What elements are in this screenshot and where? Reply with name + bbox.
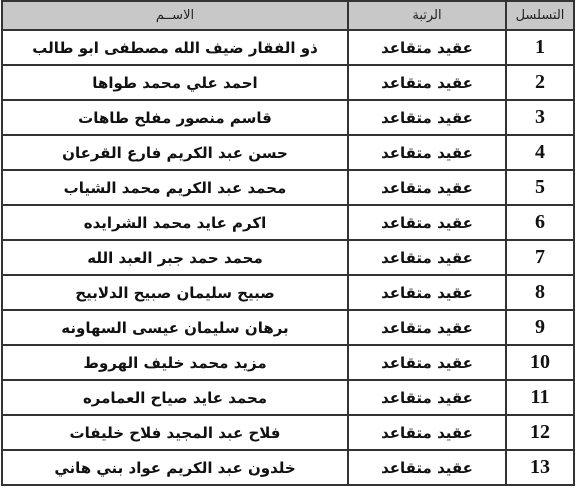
header-rank: الرتبة (348, 1, 506, 30)
header-serial: التسلسل (506, 1, 574, 30)
rank-cell: عقيد متقاعد (348, 275, 506, 310)
table-row: 8عقيد متقاعدصبيح سليمان صبيح الدلابيح (2, 275, 574, 310)
table-body: 1عقيد متقاعدذو الفقار ضيف الله مصطفى ابو… (2, 30, 574, 485)
name-cell: محمد عايد صياح العمامره (2, 380, 348, 415)
serial-cell: 5 (506, 170, 574, 205)
name-cell: حسن عبد الكريم فارع القرعان (2, 135, 348, 170)
name-cell: فلاح عبد المجيد فلاح خليفات (2, 415, 348, 450)
rank-cell: عقيد متقاعد (348, 240, 506, 275)
rank-cell: عقيد متقاعد (348, 345, 506, 380)
rank-cell: عقيد متقاعد (348, 170, 506, 205)
name-cell: محمد عبد الكريم محمد الشياب (2, 170, 348, 205)
header-name: الاســم (2, 1, 348, 30)
name-cell: مزيد محمد خليف الهروط (2, 345, 348, 380)
table-row: 2عقيد متقاعداحمد علي محمد طواها (2, 65, 574, 100)
name-cell: برهان سليمان عيسى السهاونه (2, 310, 348, 345)
rank-cell: عقيد متقاعد (348, 380, 506, 415)
rank-cell: عقيد متقاعد (348, 205, 506, 240)
table-row: 4عقيد متقاعدحسن عبد الكريم فارع القرعان (2, 135, 574, 170)
serial-cell: 9 (506, 310, 574, 345)
table-row: 13عقيد متقاعدخلدون عبد الكريم عواد بني ه… (2, 450, 574, 485)
table-row: 11عقيد متقاعدمحمد عايد صياح العمامره (2, 380, 574, 415)
table-row: 1عقيد متقاعدذو الفقار ضيف الله مصطفى ابو… (2, 30, 574, 65)
table-header-row: التسلسل الرتبة الاســم (2, 1, 574, 30)
rank-cell: عقيد متقاعد (348, 30, 506, 65)
serial-cell: 7 (506, 240, 574, 275)
rank-cell: عقيد متقاعد (348, 450, 506, 485)
table-row: 12عقيد متقاعدفلاح عبد المجيد فلاح خليفات (2, 415, 574, 450)
table-row: 6عقيد متقاعداكرم عايد محمد الشرايده (2, 205, 574, 240)
rank-cell: عقيد متقاعد (348, 310, 506, 345)
name-cell: محمد حمد جبر العبد الله (2, 240, 348, 275)
serial-cell: 2 (506, 65, 574, 100)
rank-cell: عقيد متقاعد (348, 135, 506, 170)
table-row: 10عقيد متقاعدمزيد محمد خليف الهروط (2, 345, 574, 380)
name-cell: قاسم منصور مفلح طاهات (2, 100, 348, 135)
serial-cell: 8 (506, 275, 574, 310)
table-row: 5عقيد متقاعدمحمد عبد الكريم محمد الشياب (2, 170, 574, 205)
serial-cell: 6 (506, 205, 574, 240)
name-cell: صبيح سليمان صبيح الدلابيح (2, 275, 348, 310)
name-cell: اكرم عايد محمد الشرايده (2, 205, 348, 240)
serial-cell: 11 (506, 380, 574, 415)
name-cell: خلدون عبد الكريم عواد بني هاني (2, 450, 348, 485)
table-row: 3عقيد متقاعدقاسم منصور مفلح طاهات (2, 100, 574, 135)
rank-cell: عقيد متقاعد (348, 100, 506, 135)
serial-cell: 1 (506, 30, 574, 65)
serial-cell: 12 (506, 415, 574, 450)
retired-officers-table: التسلسل الرتبة الاســم 1عقيد متقاعدذو ال… (1, 0, 575, 486)
serial-cell: 13 (506, 450, 574, 485)
name-cell: ذو الفقار ضيف الله مصطفى ابو طالب (2, 30, 348, 65)
table-row: 7عقيد متقاعدمحمد حمد جبر العبد الله (2, 240, 574, 275)
serial-cell: 4 (506, 135, 574, 170)
table-row: 9عقيد متقاعدبرهان سليمان عيسى السهاونه (2, 310, 574, 345)
serial-cell: 10 (506, 345, 574, 380)
name-cell: احمد علي محمد طواها (2, 65, 348, 100)
rank-cell: عقيد متقاعد (348, 65, 506, 100)
serial-cell: 3 (506, 100, 574, 135)
rank-cell: عقيد متقاعد (348, 415, 506, 450)
